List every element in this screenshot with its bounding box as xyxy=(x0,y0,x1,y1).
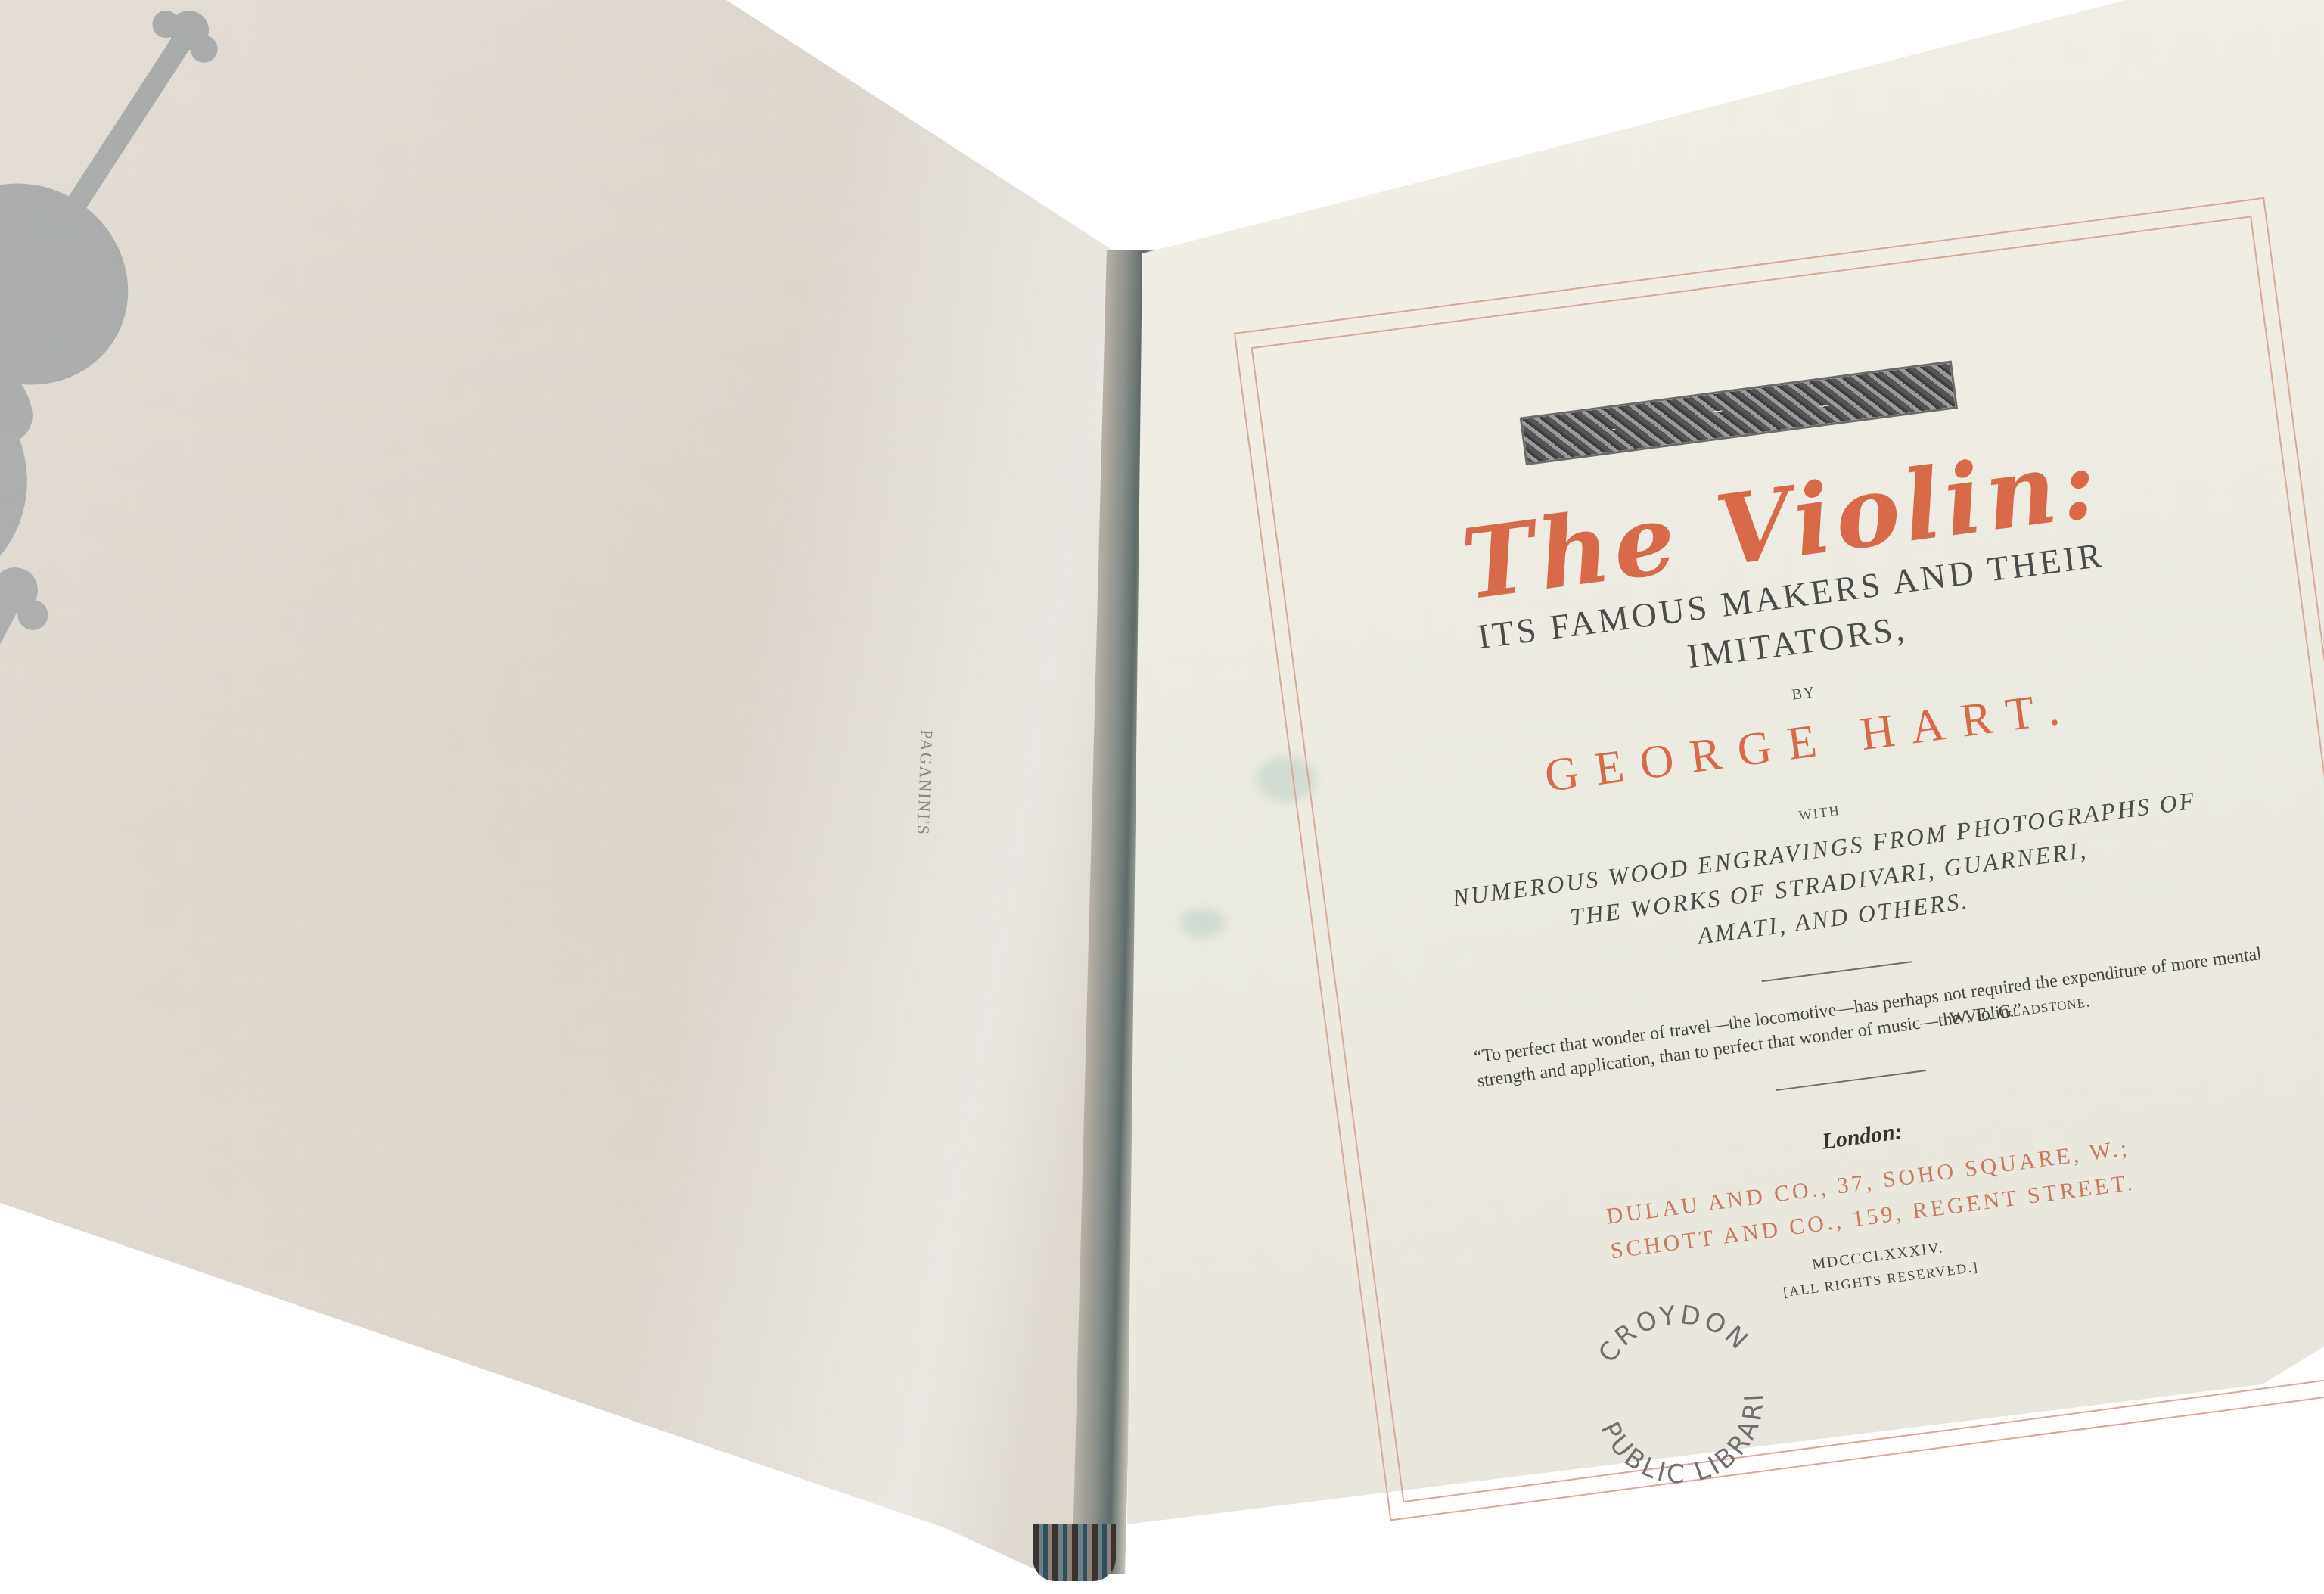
frontispiece-caption: PAGANINI'S xyxy=(913,729,937,836)
left-page-tissue-guard: PAGANINI'S xyxy=(0,0,1142,1594)
library-stamp: CROYDON PUBLIC LIBRARIES xyxy=(1573,1293,1786,1506)
tissue-sheen xyxy=(0,0,1142,1594)
headband xyxy=(1033,1524,1116,1581)
foxing-mark xyxy=(1180,908,1226,938)
title-page-content: The Violin: ITS FAMOUS MAKERS AND THEIR … xyxy=(1165,9,2324,1375)
